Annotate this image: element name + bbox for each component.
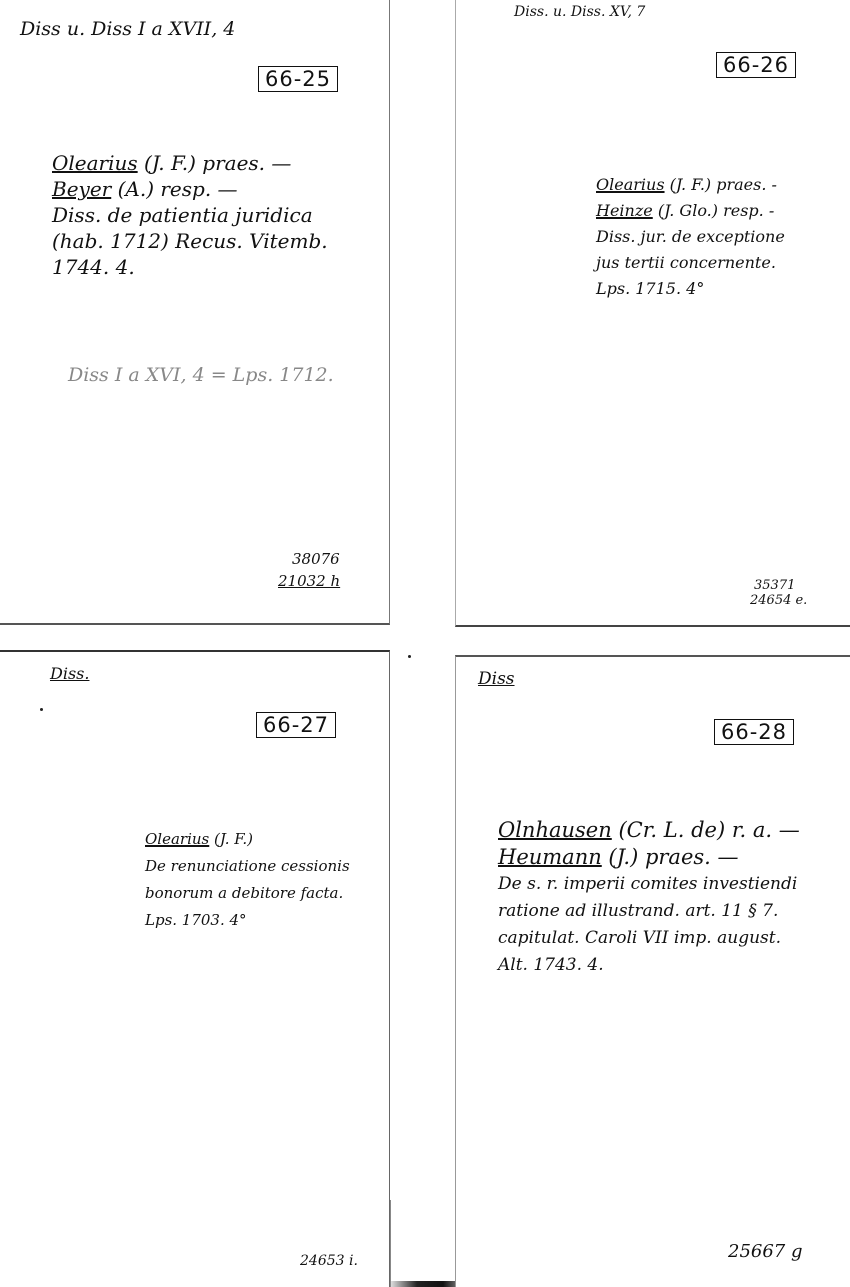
praeses-name: Heumann [498, 845, 602, 869]
entry-line: 1744. 4. [52, 254, 328, 280]
respondent-name: Beyer [52, 177, 111, 201]
call-number: 66-25 [258, 66, 338, 92]
accession-number-2: 24654 e. [750, 593, 807, 608]
shelfmark: Diss u. Diss I a XVII, 4 [20, 18, 235, 40]
author-name: Olearius [145, 830, 209, 848]
entry-line: Olearius (J. F.) praes. — [52, 150, 328, 176]
entry-line: ratione ad illustrand. art. 11 § 7. [498, 898, 800, 925]
accession-number-2: 21032 h [278, 572, 340, 590]
ink-spot [40, 708, 43, 711]
catalog-entry: Olnhausen (Cr. L. de) r. a. — Heumann (J… [498, 817, 800, 979]
entry-line: capitulat. Caroli VII imp. august. [498, 925, 800, 952]
author-name: Olearius [596, 175, 665, 194]
accession-number-1: 38076 [292, 550, 340, 568]
entry-line: Heinze (J. Glo.) resp. - [596, 198, 785, 224]
catalog-card-66-27: Diss. 66-27 Olearius (J. F.) De renuncia… [0, 650, 390, 1287]
entry-line: Heumann (J.) praes. — [498, 844, 800, 871]
catalog-card-66-28: Diss 66-28 Olnhausen (Cr. L. de) r. a. —… [455, 655, 850, 1287]
entry-line: jus tertii concernente. [596, 250, 785, 276]
author-name: Olnhausen [498, 818, 612, 842]
call-number: 66-28 [714, 719, 794, 745]
shelfmark: Diss [478, 669, 515, 689]
entry-line: Lps. 1715. 4° [596, 276, 785, 302]
accession-number-1: 35371 [754, 578, 795, 593]
catalog-entry: Olearius (J. F.) De renunciatione cessio… [145, 826, 350, 934]
entry-line: De s. r. imperii comites investiendi [498, 871, 800, 898]
card-edge-scrap [390, 1200, 457, 1287]
catalog-card-66-26: Diss. u. Diss. XV, 7 66-26 Olearius (J. … [455, 0, 850, 627]
entry-line: Olearius (J. F.) [145, 826, 350, 853]
entry-line: Lps. 1703. 4° [145, 907, 350, 934]
call-number: 66-27 [256, 712, 336, 738]
catalog-entry: Olearius (J. F.) praes. — Beyer (A.) res… [52, 150, 328, 280]
respondent-name: Heinze [596, 201, 653, 220]
entry-line: Olnhausen (Cr. L. de) r. a. — [498, 817, 800, 844]
shelfmark: Diss. [50, 664, 89, 683]
shelfmark: Diss. u. Diss. XV, 7 [514, 4, 645, 20]
entry-line: De renunciatione cessionis [145, 853, 350, 880]
author-name: Olearius [52, 151, 138, 175]
catalog-entry: Olearius (J. F.) praes. - Heinze (J. Glo… [596, 172, 785, 302]
ink-spot [408, 655, 411, 658]
entry-line: Olearius (J. F.) praes. - [596, 172, 785, 198]
entry-line: Alt. 1743. 4. [498, 952, 800, 979]
entry-line: Diss. de patientia juridica [52, 202, 328, 228]
entry-line: Beyer (A.) resp. — [52, 176, 328, 202]
entry-line: (hab. 1712) Recus. Vitemb. [52, 228, 328, 254]
call-number: 66-26 [716, 52, 796, 78]
accession-number-1: 24653 i. [300, 1252, 358, 1270]
pencil-note: Diss I a XVI, 4 = Lps. 1712. [68, 364, 334, 386]
accession-number-1: 25667 g [728, 1243, 803, 1261]
entry-line: bonorum a debitore facta. [145, 880, 350, 907]
entry-line: Diss. jur. de exceptione [596, 224, 785, 250]
catalog-card-66-25: Diss u. Diss I a XVII, 4 66-25 Olearius … [0, 0, 390, 625]
